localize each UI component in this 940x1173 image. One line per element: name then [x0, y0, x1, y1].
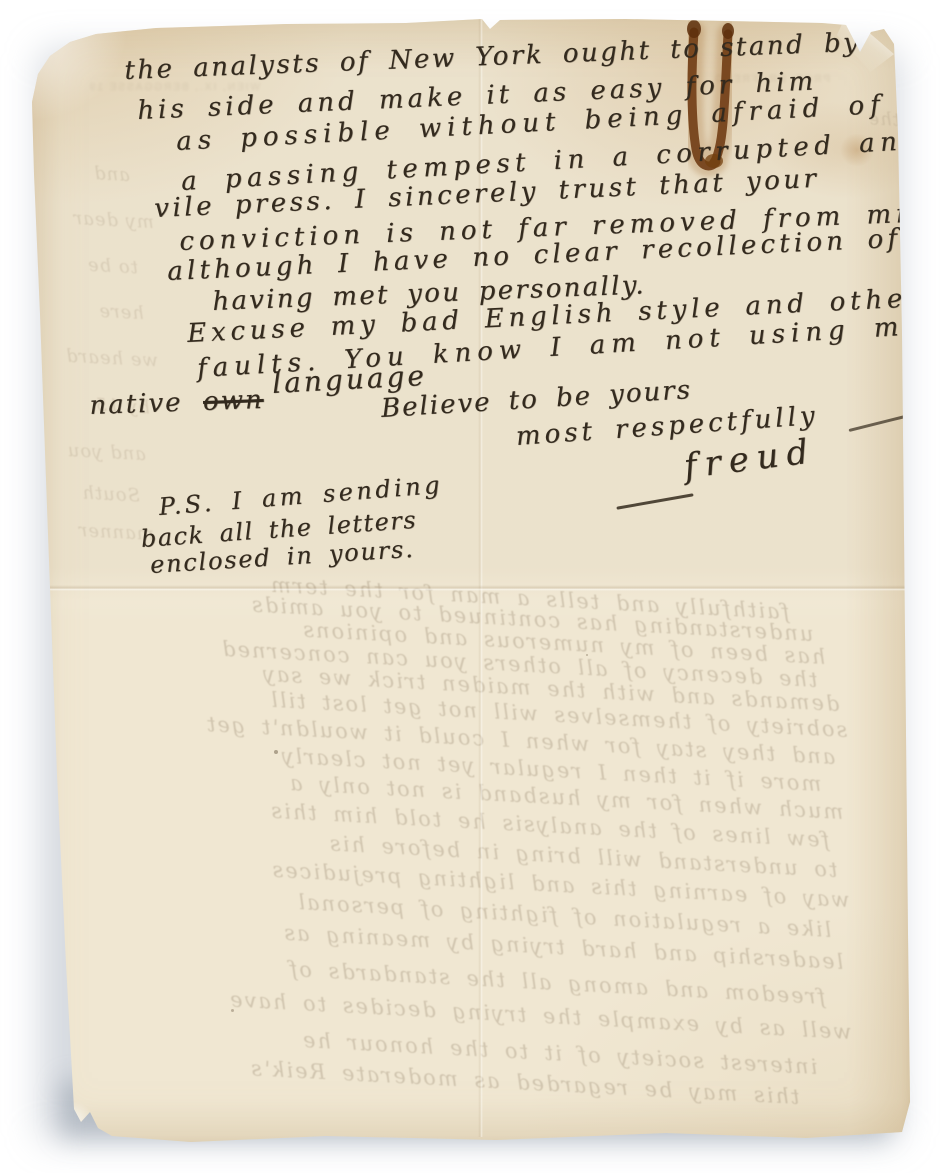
- struck-word-own: own: [203, 385, 265, 417]
- letter-sheet: PROF. DR. FREUD WIEN, IX., BERGGASSE 19 …: [26, 14, 910, 1144]
- native-language-line: native own: [89, 385, 264, 421]
- closing-flourish: [848, 415, 905, 432]
- photo-background: PROF. DR. FREUD WIEN, IX., BERGGASSE 19 …: [0, 0, 940, 1173]
- handwriting-layer: the analysts of New York ought to stand …: [26, 14, 910, 1144]
- signature-flourish: [616, 493, 693, 509]
- word-native: native: [89, 388, 183, 421]
- freud-signature: freud: [682, 436, 817, 482]
